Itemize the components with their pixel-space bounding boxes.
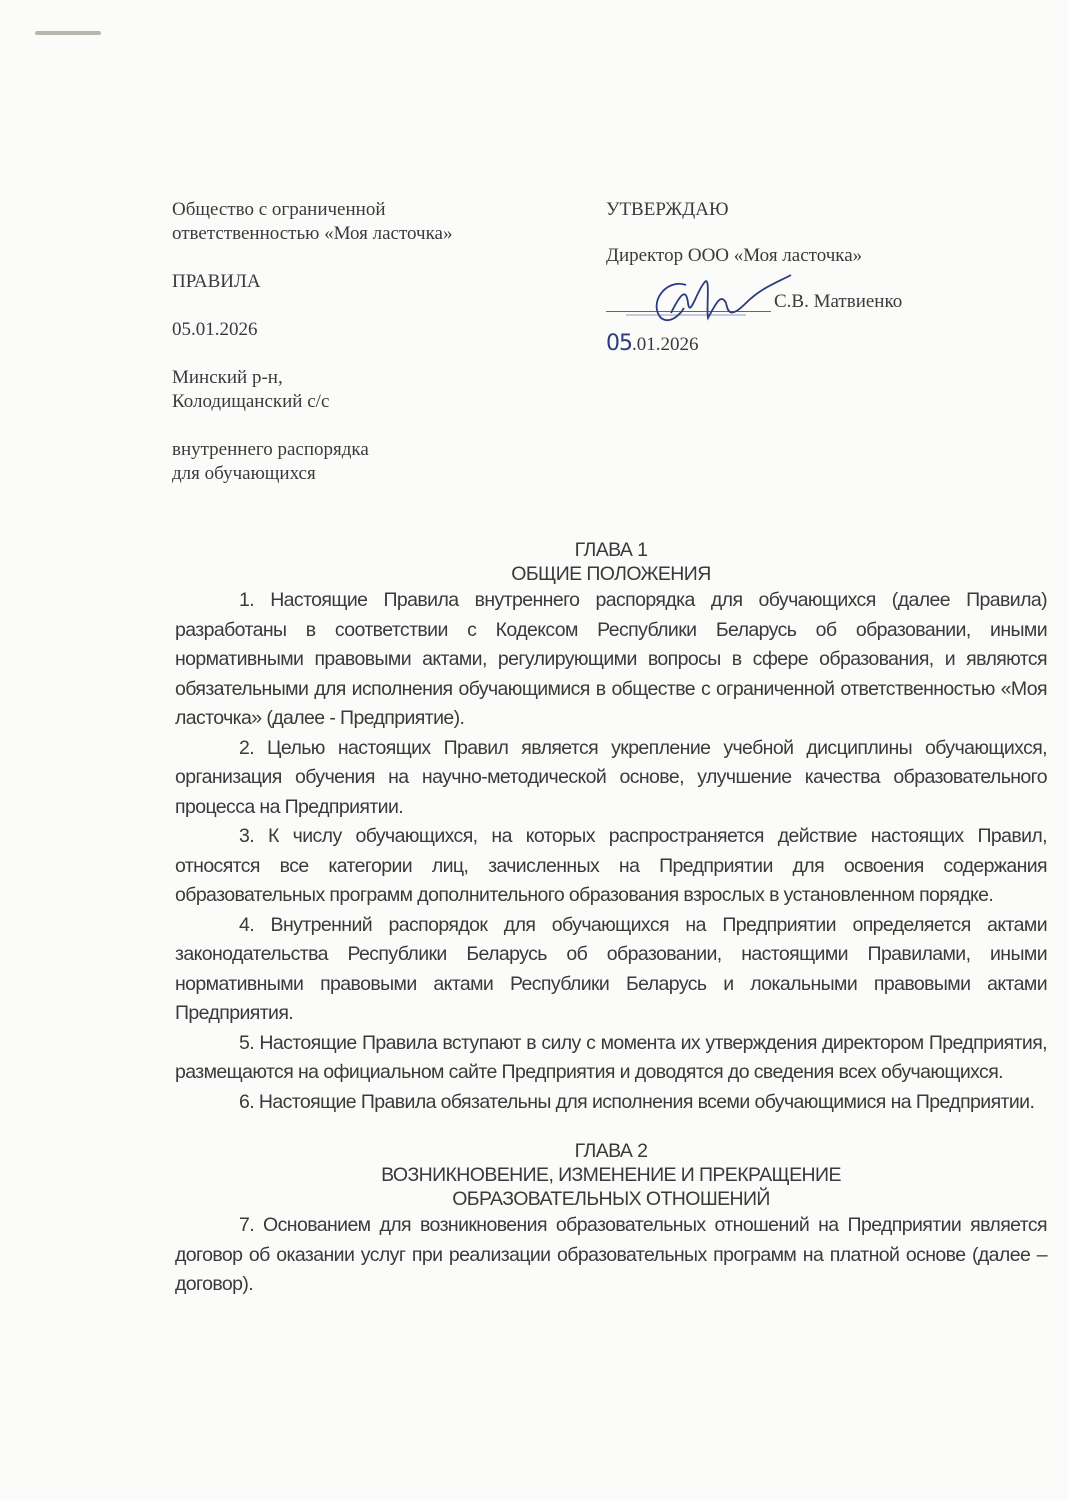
paragraph-5: 5. Настоящие Правила вступают в силу с м… — [175, 1029, 1047, 1088]
chapter-2-title-line2: ОБРАЗОВАТЕЛЬНЫХ ОТНОШЕНИЙ — [175, 1187, 1047, 1211]
chapter-1-number: ГЛАВА 1 — [175, 538, 1047, 562]
approval-label: УТВЕРЖДАЮ — [606, 198, 1026, 222]
approval-block: УТВЕРЖДАЮ Директор ООО «Моя ласточка» С.… — [606, 198, 1026, 357]
chapter-2-title-line1: ВОЗНИКНОВЕНИЕ, ИЗМЕНЕНИЕ И ПРЕКРАЩЕНИЕ — [175, 1163, 1047, 1187]
place-line2: Колодищанский с/с — [172, 390, 592, 414]
chapter-1-title: ОБЩИЕ ПОЛОЖЕНИЯ — [175, 562, 1047, 586]
handwritten-signature-icon — [626, 263, 796, 333]
handwritten-day: 05 — [606, 331, 632, 356]
chapter-2-heading: ГЛАВА 2 ВОЗНИКНОВЕНИЕ, ИЗМЕНЕНИЕ И ПРЕКР… — [175, 1139, 1047, 1211]
document-title-line2: для обучающихся — [172, 462, 592, 486]
document-body: ГЛАВА 1 ОБЩИЕ ПОЛОЖЕНИЯ 1. Настоящие Пра… — [175, 538, 1047, 1300]
paragraph-3: 3. К числу обучающихся, на которых распр… — [175, 822, 1047, 911]
organization-name-line1: Общество с ограниченной — [172, 198, 592, 222]
paragraph-1: 1. Настоящие Правила внутреннего распоря… — [175, 586, 1047, 734]
document-type: ПРАВИЛА — [172, 270, 592, 294]
paragraph-2: 2. Целью настоящих Правил является укреп… — [175, 734, 1047, 823]
document-title-line1: внутреннего распорядка — [172, 438, 592, 462]
chapter-2-number: ГЛАВА 2 — [175, 1139, 1047, 1163]
paragraph-4: 4. Внутренний распорядок для обучающихся… — [175, 911, 1047, 1029]
paragraph-6: 6. Настоящие Правила обязательны для исп… — [175, 1088, 1047, 1118]
document-date: 05.01.2026 — [172, 318, 592, 342]
paragraph-7: 7. Основанием для возникновения образова… — [175, 1211, 1047, 1300]
approval-date-rest: .01.2026 — [632, 334, 699, 355]
approval-date: 05.01.2026 — [606, 332, 1026, 357]
signature-line: С.В. Матвиенко — [606, 278, 1026, 326]
signer-name: С.В. Матвиенко — [774, 290, 902, 314]
staple-mark — [35, 31, 101, 35]
place-line1: Минский р-н, — [172, 366, 592, 390]
chapter-1-heading: ГЛАВА 1 ОБЩИЕ ПОЛОЖЕНИЯ — [175, 538, 1047, 586]
organization-name-line2: ответственностью «Моя ласточка» — [172, 222, 592, 246]
header-left-block: Общество с ограниченной ответственностью… — [172, 198, 592, 486]
